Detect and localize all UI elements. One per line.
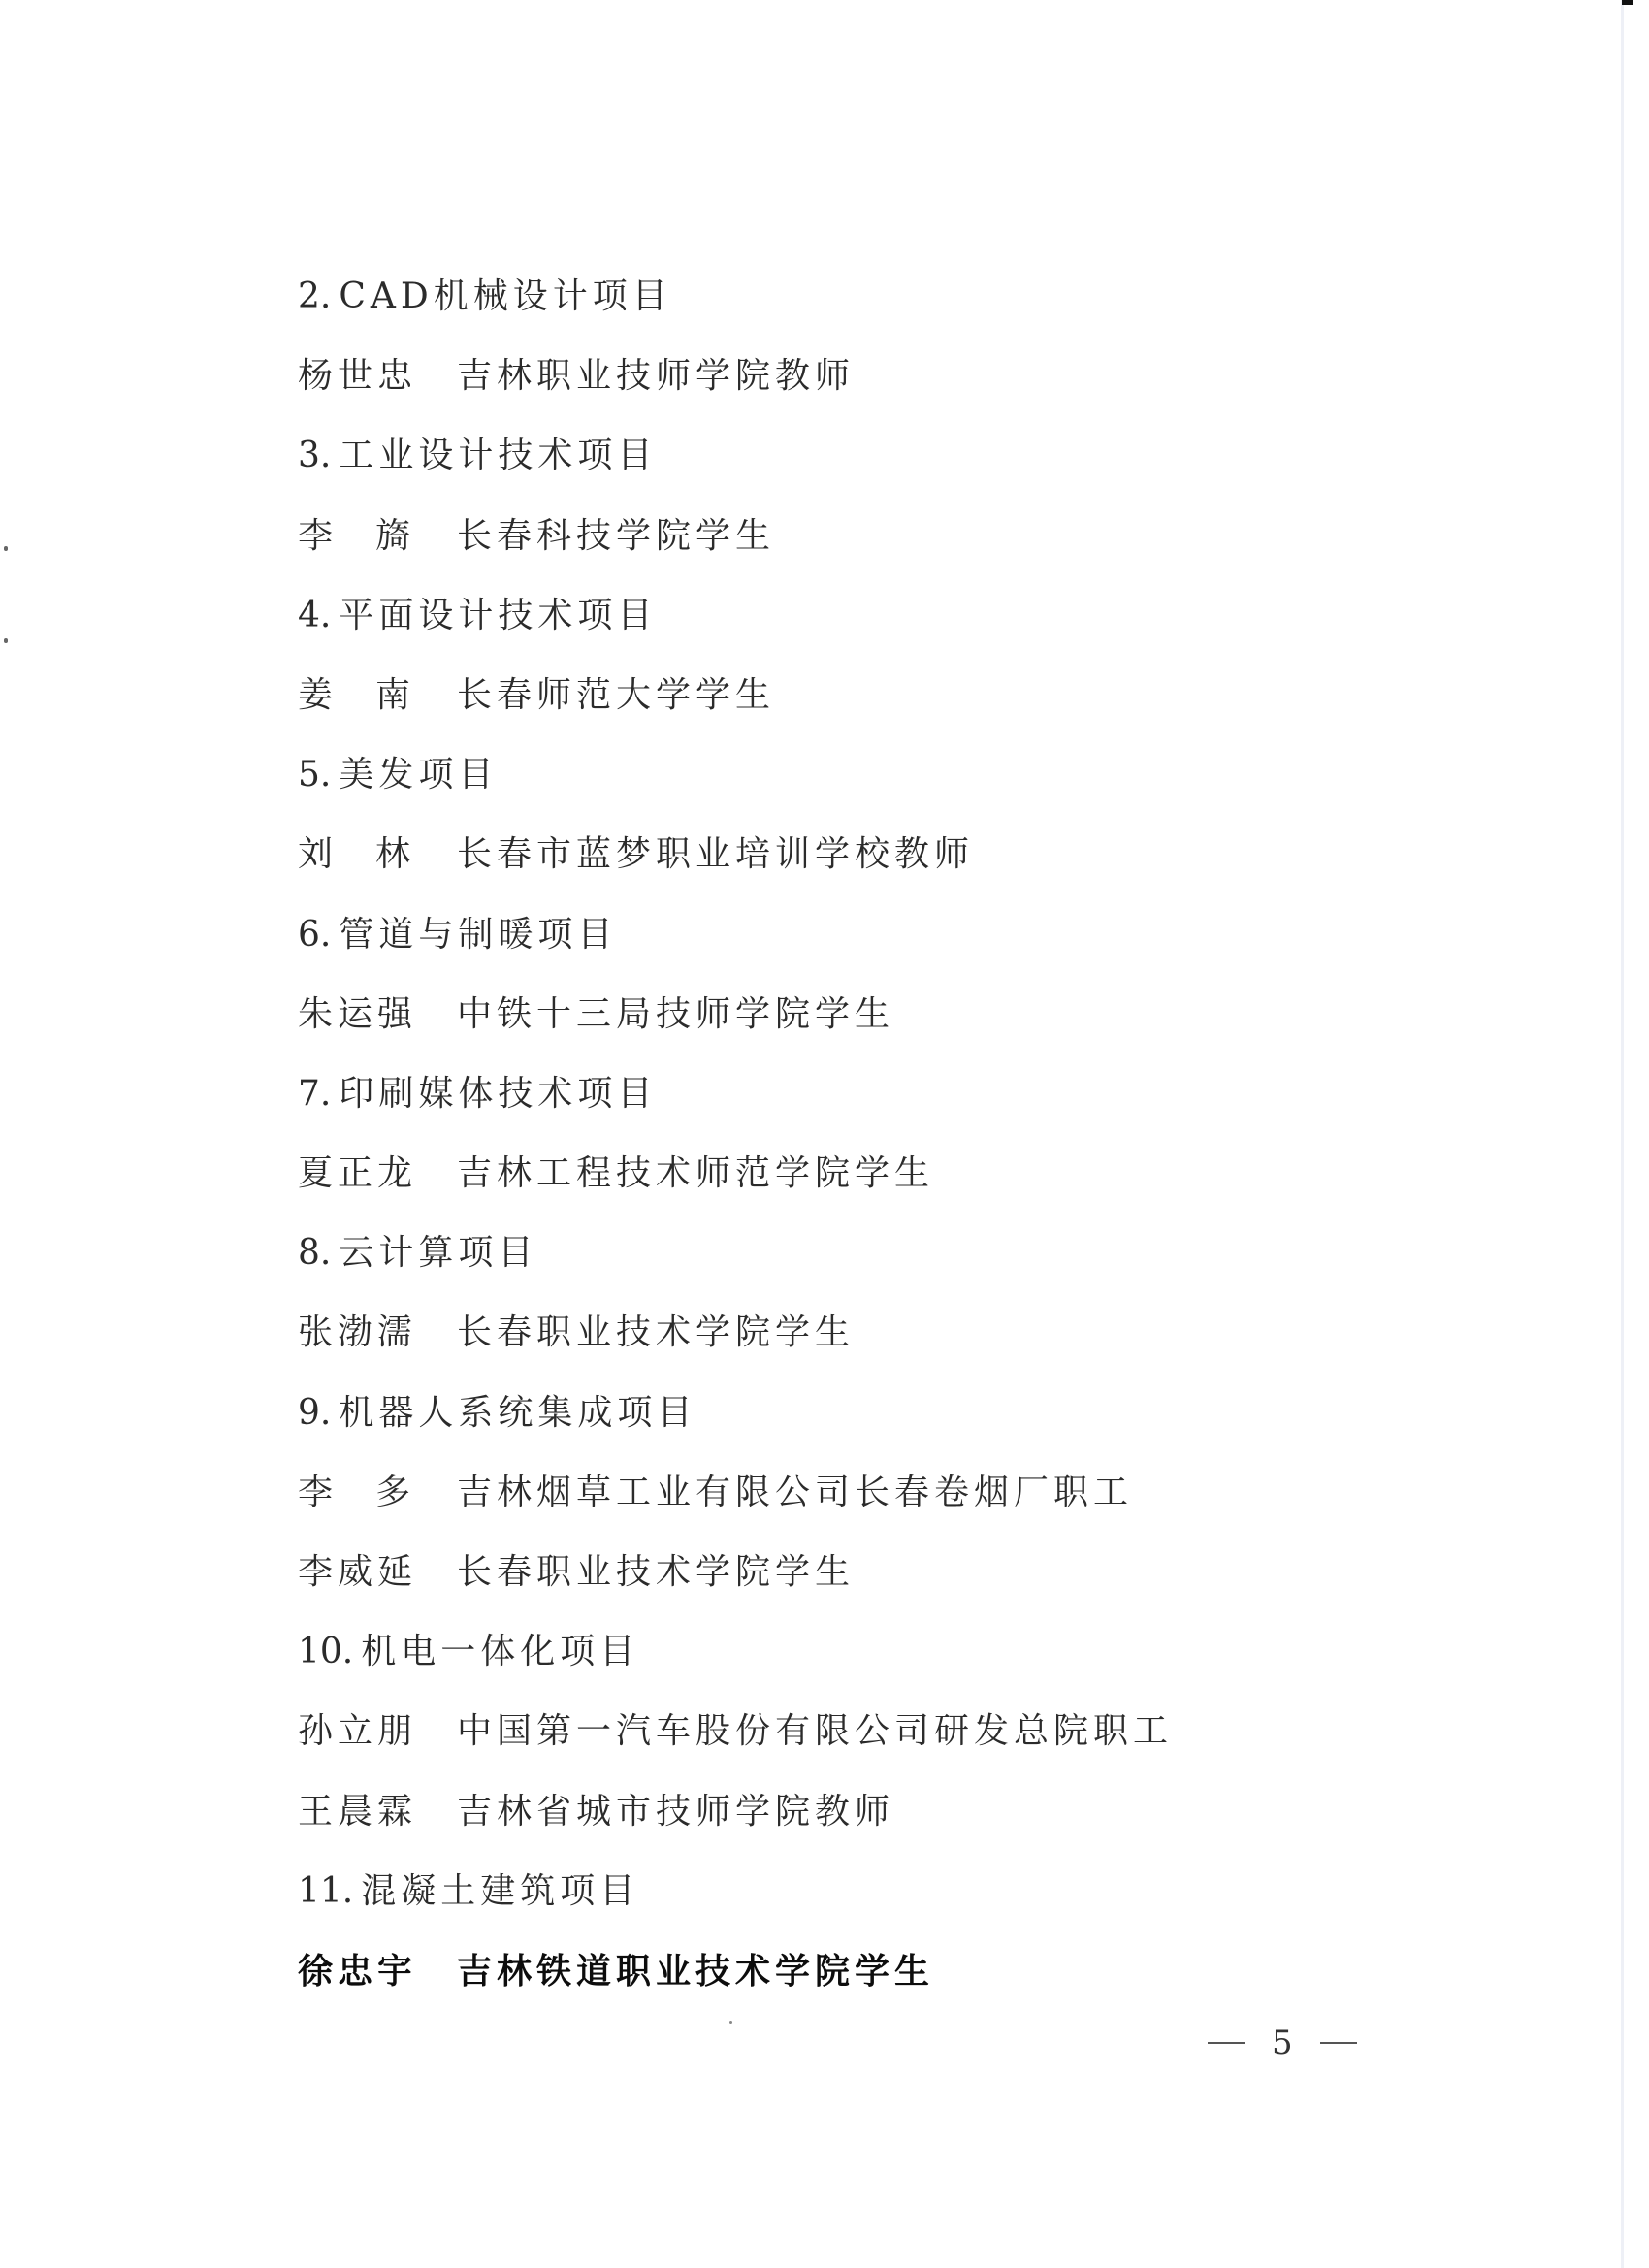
person-name: 王晨霖 xyxy=(298,1788,457,1836)
section-title: CAD机械设计项目 xyxy=(339,273,671,321)
person-entry: 孙立朋 中国第一汽车股份有限公司研发总院职工 xyxy=(298,1707,1365,1787)
person-name-char: 林 xyxy=(375,830,453,879)
person-name-char: 刘 xyxy=(298,830,375,879)
section-title: 机器人系统集成项目 xyxy=(339,1389,696,1438)
section-heading: 8. 云计算项目 xyxy=(298,1229,1365,1309)
person-entry: 李 多 吉林烟草工业有限公司长春卷烟厂职工 xyxy=(298,1469,1365,1548)
person-entry: 刘 林 长春市蓝梦职业培训学校教师 xyxy=(298,830,1365,910)
person-organization: 吉林工程技术师范学院学生 xyxy=(457,1150,934,1198)
person-name: 姜 南 xyxy=(298,671,457,720)
person-organization: 中铁十三局技师学院学生 xyxy=(457,990,894,1039)
section-number: 8. xyxy=(298,1229,331,1278)
scan-margin-speck xyxy=(4,546,8,551)
person-organization: 吉林职业技师学院教师 xyxy=(457,352,855,401)
document-body: 2. CAD机械设计项目 杨世忠 吉林职业技师学院教师 3. 工业设计技术项目 … xyxy=(298,273,1365,2026)
person-organization: 长春职业技术学院学生 xyxy=(457,1309,855,1357)
section-heading: 2. CAD机械设计项目 xyxy=(298,273,1365,352)
person-entry: 夏正龙 吉林工程技术师范学院学生 xyxy=(298,1150,1365,1229)
section-number: 9. xyxy=(298,1389,331,1438)
person-organization: 长春师范大学学生 xyxy=(457,671,775,720)
section-title: 云计算项目 xyxy=(339,1229,537,1278)
person-name: 张渤濡 xyxy=(298,1309,457,1357)
scan-corner-mark xyxy=(1622,0,1633,5)
person-name: 杨世忠 xyxy=(298,352,457,401)
person-name-char: 李 xyxy=(298,512,375,561)
section-heading: 11. 混凝土建筑项目 xyxy=(298,1867,1365,1947)
person-entry: 徐忠宇 吉林铁道职业技术学院学生 xyxy=(298,1947,1365,2026)
section-title: 平面设计技术项目 xyxy=(339,592,657,640)
person-name-char: 南 xyxy=(375,671,453,720)
section-heading: 7. 印刷媒体技术项目 xyxy=(298,1070,1365,1150)
person-name-char: 李 xyxy=(298,1469,375,1517)
section-number: 5. xyxy=(298,751,331,799)
person-name-char: 旖 xyxy=(375,512,453,561)
section-number: 7. xyxy=(298,1070,331,1118)
page-number: 5 xyxy=(1272,2024,1293,2062)
person-organization: 中国第一汽车股份有限公司研发总院职工 xyxy=(457,1707,1173,1756)
section-heading: 10. 机电一体化项目 xyxy=(298,1628,1365,1707)
section-heading: 3. 工业设计技术项目 xyxy=(298,432,1365,511)
person-entry: 张渤濡 长春职业技术学院学生 xyxy=(298,1309,1365,1388)
person-entry: 李威延 长春职业技术学院学生 xyxy=(298,1548,1365,1628)
person-entry: 王晨霖 吉林省城市技师学院教师 xyxy=(298,1788,1365,1867)
person-name: 孙立朋 xyxy=(298,1707,457,1756)
scan-margin-speck xyxy=(4,638,8,643)
section-heading: 6. 管道与制暖项目 xyxy=(298,911,1365,990)
section-title: 机电一体化项目 xyxy=(361,1628,639,1676)
person-name: 李 多 xyxy=(298,1469,457,1517)
person-name-char: 姜 xyxy=(298,671,375,720)
section-number: 4. xyxy=(298,592,331,640)
person-organization: 吉林铁道职业技术学院学生 xyxy=(457,1947,934,1995)
person-entry: 李 旖 长春科技学院学生 xyxy=(298,512,1365,592)
page-footer: 5 xyxy=(1208,2024,1357,2062)
section-number: 2. xyxy=(298,273,331,321)
scan-edge-line xyxy=(1621,0,1624,2268)
person-entry: 朱运强 中铁十三局技师学院学生 xyxy=(298,990,1365,1070)
person-name: 朱运强 xyxy=(298,990,457,1039)
section-title: 管道与制暖项目 xyxy=(339,911,617,959)
person-entry: 姜 南 长春师范大学学生 xyxy=(298,671,1365,751)
section-number: 3. xyxy=(298,432,331,480)
person-name: 徐忠宇 xyxy=(298,1947,457,1995)
section-number: 6. xyxy=(298,911,331,959)
person-organization: 吉林省城市技师学院教师 xyxy=(457,1788,894,1836)
person-organization: 长春职业技术学院学生 xyxy=(457,1548,855,1597)
section-title: 混凝土建筑项目 xyxy=(361,1867,639,1916)
person-entry: 杨世忠 吉林职业技师学院教师 xyxy=(298,352,1365,432)
person-name: 李威延 xyxy=(298,1548,457,1597)
section-number: 11. xyxy=(298,1867,353,1916)
section-heading: 9. 机器人系统集成项目 xyxy=(298,1389,1365,1469)
page-number-dash-right xyxy=(1320,2042,1357,2044)
section-title: 印刷媒体技术项目 xyxy=(339,1070,657,1118)
person-organization: 长春科技学院学生 xyxy=(457,512,775,561)
section-title: 美发项目 xyxy=(339,751,498,799)
section-heading: 4. 平面设计技术项目 xyxy=(298,592,1365,671)
person-organization: 吉林烟草工业有限公司长春卷烟厂职工 xyxy=(457,1469,1133,1517)
person-name: 刘 林 xyxy=(298,830,457,879)
section-heading: 5. 美发项目 xyxy=(298,751,1365,830)
person-name: 李 旖 xyxy=(298,512,457,561)
person-organization: 长春市蓝梦职业培训学校教师 xyxy=(457,830,974,879)
person-name: 夏正龙 xyxy=(298,1150,457,1198)
section-number: 10. xyxy=(298,1628,353,1676)
page-number-dash-left xyxy=(1208,2042,1245,2044)
section-title: 工业设计技术项目 xyxy=(339,432,657,480)
person-name-char: 多 xyxy=(375,1469,453,1517)
